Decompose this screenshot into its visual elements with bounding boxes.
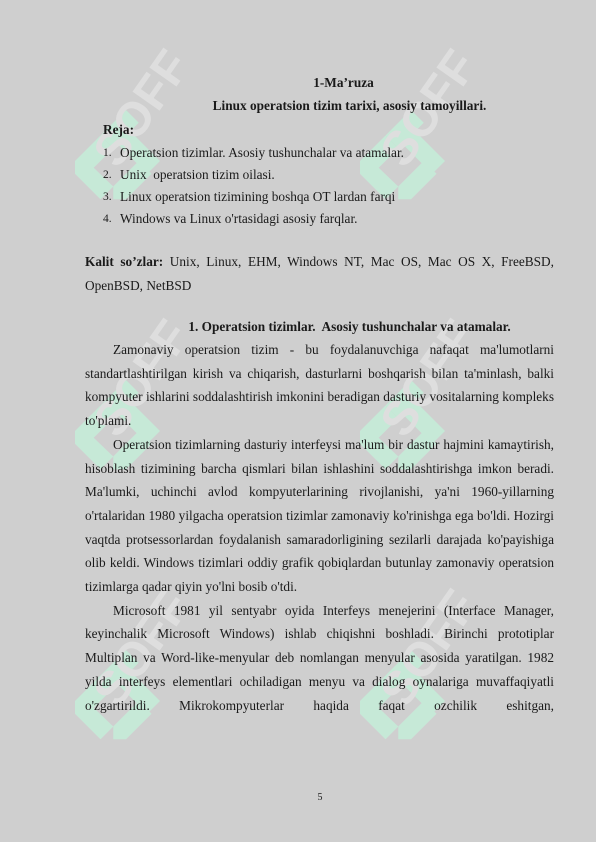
plan-list: 1. Operatsion tizimlar. Asosiy tushuncha… (85, 142, 554, 230)
keywords-label: Kalit so’zlar: (85, 254, 163, 269)
keywords: Kalit so’zlar: Unix, Linux, EHM, Windows… (85, 250, 554, 297)
plan-item-text: Linux operatsion tizimining boshqa OT la… (120, 186, 395, 208)
body-paragraph: Microsoft 1981 yil sentyabr oyida Interf… (85, 599, 554, 718)
plan-item: 2. Unix operatsion tizim oilasi. (103, 164, 554, 186)
plan-item-number: 3. (103, 186, 120, 208)
plan-item: 4. Windows va Linux o'rtasidagi asosiy f… (103, 208, 554, 230)
plan-item-number: 1. (103, 142, 120, 164)
plan-item: 1. Operatsion tizimlar. Asosiy tushuncha… (103, 142, 554, 164)
body-paragraph: Operatsion tizimlarning dasturiy interfe… (85, 433, 554, 599)
page-number: 5 (22, 792, 596, 803)
lecture-title: Linux operatsion tizim tarixi, asosiy ta… (145, 94, 554, 118)
plan-item-number: 4. (103, 208, 120, 230)
plan-item-number: 2. (103, 164, 120, 186)
body-paragraph: Zamonaviy operatsion tizim - bu foydalan… (85, 338, 554, 433)
plan-item-text: Windows va Linux o'rtasidagi asosiy farq… (120, 208, 357, 230)
plan-item: 3. Linux operatsion tizimining boshqa OT… (103, 186, 554, 208)
document-page: 1-Ma’ruza Linux operatsion tizim tarixi,… (85, 72, 554, 717)
lecture-label: 1-Ma’ruza (133, 72, 554, 94)
plan-item-text: Operatsion tizimlar. Asosiy tushunchalar… (120, 142, 404, 164)
plan-heading: Reja: (103, 118, 554, 142)
section-heading: 1. Operatsion tizimlar. Asosiy tushuncha… (145, 315, 554, 338)
plan-item-text: Unix operatsion tizim oilasi. (120, 164, 275, 186)
